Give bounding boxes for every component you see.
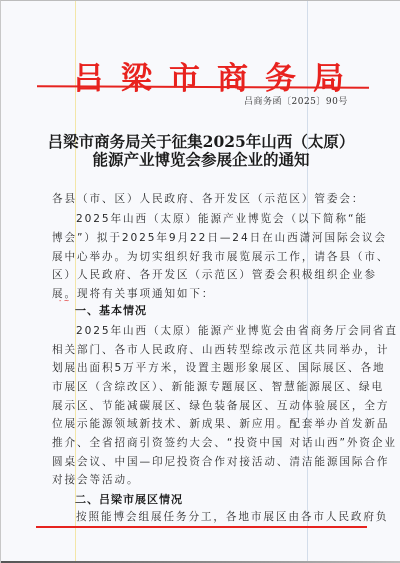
- masthead-title: 吕梁市商务局: [73, 53, 333, 98]
- intro-line: 展。现将有关事项通知如下：: [52, 286, 352, 301]
- footer-red-rule: [36, 526, 367, 528]
- addressee: 各县（市、区）人民政府、各开发区（示范区）管委会：: [52, 191, 352, 206]
- red-ink-mark: - ~: [59, 297, 69, 305]
- section-1-line: 推介、全省招商引资签约大会、“投资中国 对话山西”外资企业: [52, 435, 352, 450]
- document-page: 吕梁市商务局 吕商务函〔2025〕90号 吕梁市商务局关于征集2025年山西（太…: [0, 0, 400, 563]
- notice-title-line-2: 能源产业博览会参展企业的通知: [41, 148, 361, 170]
- section-1-line: 市展区（含综改区）、新能源专题展区、智慧能源展区、绿电: [52, 379, 352, 394]
- section-1-heading: 一、基本情况: [75, 302, 147, 318]
- section-2-line: 按照能博会组展任务分工，各地市展区由各市人民政府负: [76, 509, 376, 524]
- section-2-heading: 二、吕梁市展区情况: [75, 491, 183, 507]
- section-1-line: 划展出面积5万平方米，设置主题形象展区、国际展区、各地: [52, 360, 352, 375]
- intro-line: 博会”）拟于2025年9月22日—24日在山西潇河国际会议会: [52, 230, 352, 245]
- section-1-line: 对接会等活动。: [52, 472, 352, 487]
- section-1-line: 相关部门、各市人民政府、山西转型综改示范区共同举办，计: [52, 342, 352, 357]
- intro-line: 区）人民政府、各开发区（示范区）管委会积极组织企业参: [52, 267, 352, 282]
- intro-line: 展中心举办。为切实组织好我市展览展示工作，请各县（市、: [52, 249, 352, 264]
- section-1-line: 位展示能源领域新技术、新成果、新应用。配套举办首发新品: [52, 416, 352, 431]
- section-1-line: 展示区、节能减碳展区、绿色装备展区、互动体验展区，全方: [52, 398, 352, 413]
- intro-line: 2025年山西（太原）能源产业博览会（以下简称“能: [76, 211, 376, 226]
- section-1-line: 2025年山西（太原）能源产业博览会由省商务厅会同省直: [76, 323, 376, 338]
- document-number: 吕商务函〔2025〕90号: [244, 94, 348, 107]
- section-1-line: 圆桌会议、中国—印尼投资合作对接活动、清洁能源国际合作: [52, 454, 352, 469]
